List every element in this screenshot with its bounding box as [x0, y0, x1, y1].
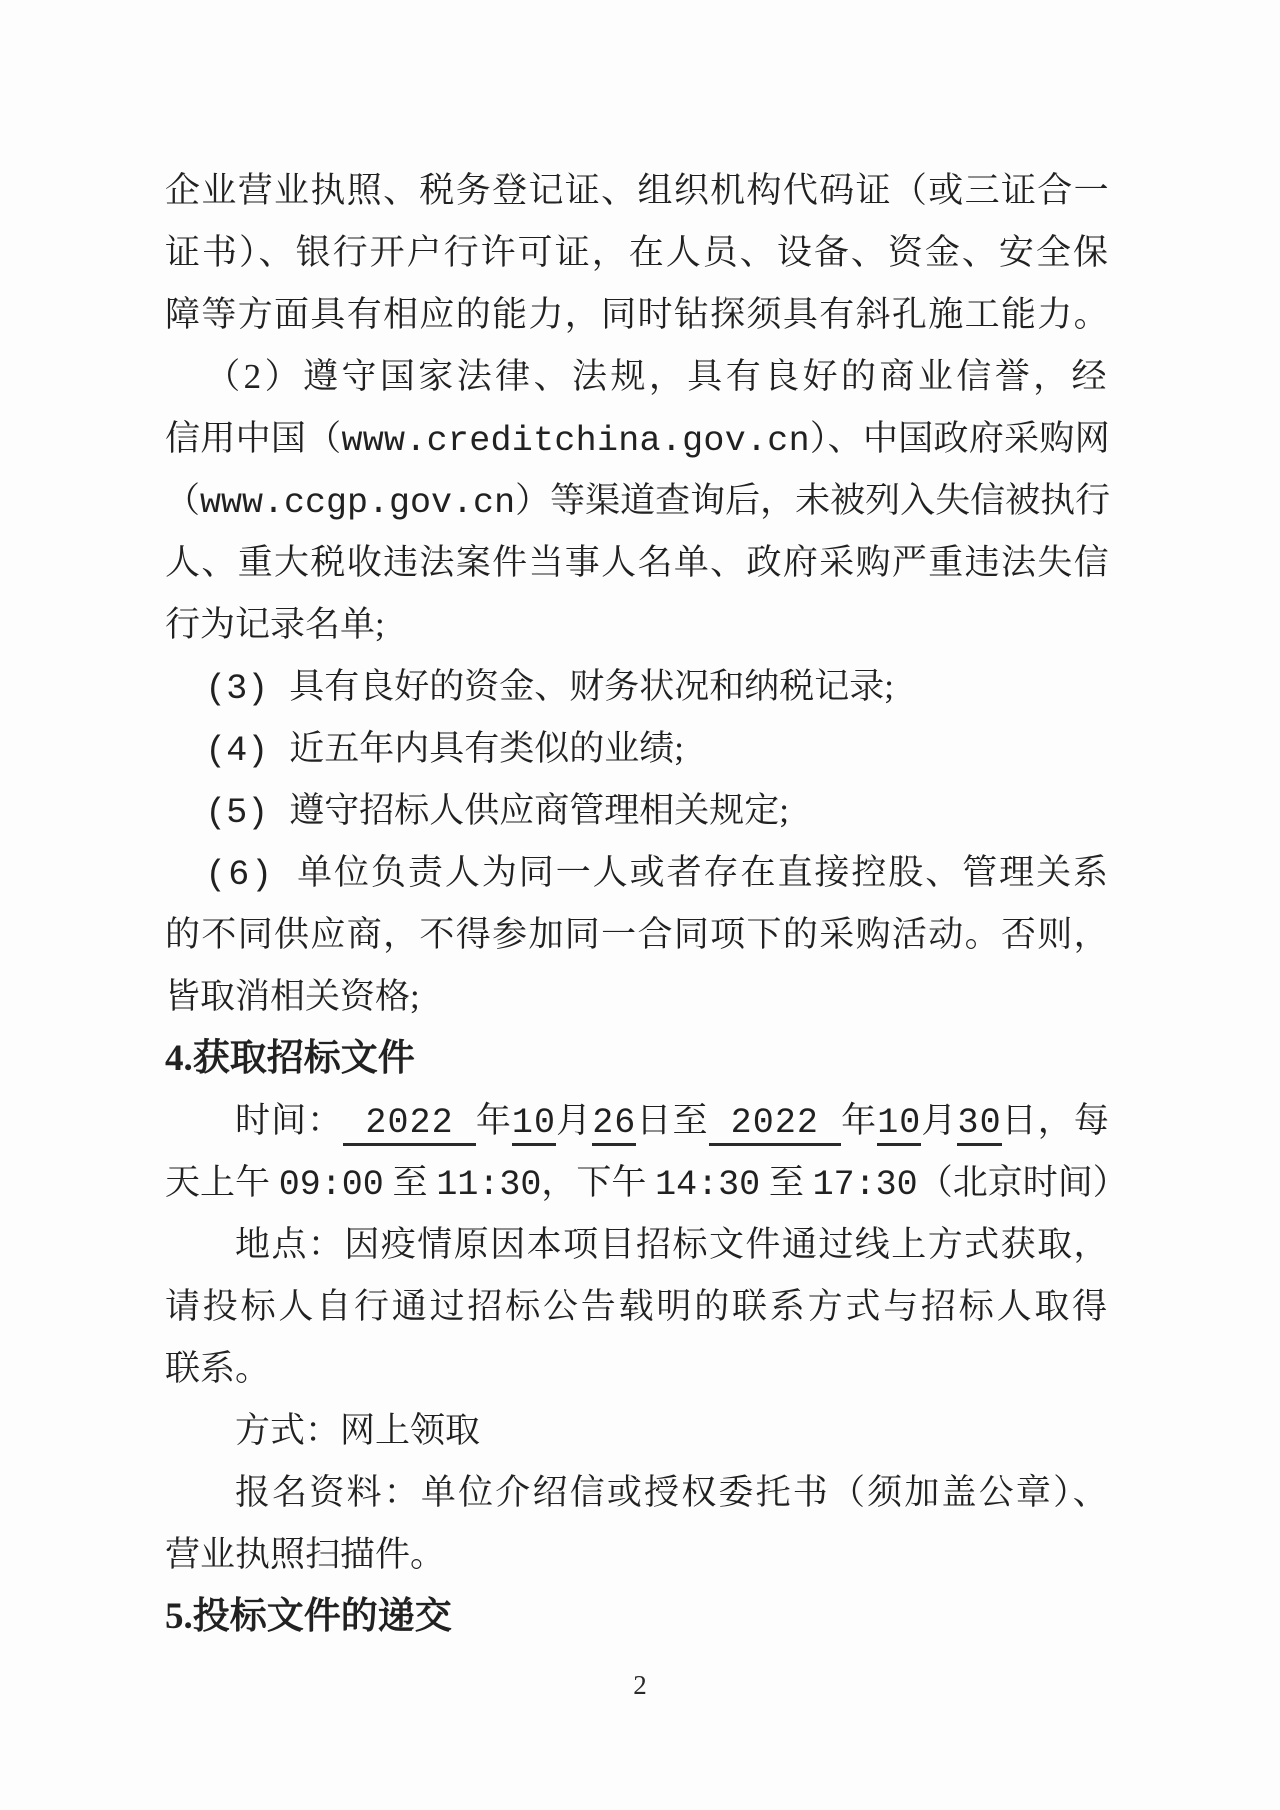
section-4-heading: 4.获取招标文件	[165, 1028, 1110, 1090]
text-segment: 09:00	[279, 1165, 384, 1205]
document-page: 企业营业执照、税务登记证、组织机构代码证（或三证合一证书）、银行开户行许可证，在…	[0, 0, 1280, 1810]
text-segment: 月	[556, 1101, 592, 1140]
text-segment: ，下午	[541, 1163, 655, 1202]
text-line: (6) 单位负责人为同一人或者存在直接控股、管理关系	[165, 842, 1110, 904]
text-line: 4.获取招标文件	[165, 1028, 1110, 1090]
text-line: 地点：因疫情原因本项目招标文件通过线上方式获取，	[165, 1214, 1110, 1276]
section-5-heading: 5.投标文件的递交	[165, 1586, 1110, 1648]
text-segment: 联系。	[165, 1349, 270, 1388]
text-segment: 5.投标文件的递交	[165, 1596, 452, 1637]
text-segment: 日，每	[1002, 1101, 1110, 1140]
text-segment: 行为记录名单;	[165, 605, 385, 644]
text-segment: 证书）、银行开户行许可证，在人员、设备、资金、安全保	[165, 233, 1110, 272]
text-segment: 天上午	[165, 1163, 279, 1202]
text-line: 联系。	[165, 1338, 1110, 1400]
text-segment: 17:30	[813, 1165, 918, 1205]
text-segment: (3)	[205, 669, 289, 709]
text-segment: 11:30	[436, 1165, 541, 1205]
text-segment: 人、重大税收违法案件当事人名单、政府采购严重违法失信	[165, 543, 1110, 582]
text-segment: （	[165, 481, 200, 520]
text-segment: (5)	[205, 793, 289, 833]
underlined-value: 2022	[709, 1103, 842, 1146]
text-segment: 近五年内具有类似的业绩;	[289, 729, 684, 768]
text-line: 信用中国（www.creditchina.gov.cn）、中国政府采购网	[165, 408, 1110, 470]
text-segment: 具有良好的资金、财务状况和纳税记录;	[289, 667, 894, 706]
text-segment: 遵守招标人供应商管理相关规定;	[289, 791, 789, 830]
underlined-value: 10	[512, 1103, 556, 1146]
text-segment: www.ccgp.gov.cn	[200, 483, 515, 523]
page-number: 2	[0, 1665, 1280, 1705]
text-segment: 至	[384, 1163, 437, 1202]
text-line: 行为记录名单;	[165, 594, 1110, 656]
text-line: 证书）、银行开户行许可证，在人员、设备、资金、安全保	[165, 222, 1110, 284]
text-line: 方式：网上领取	[165, 1400, 1110, 1462]
text-segment: 营业执照扫描件。	[165, 1535, 445, 1574]
text-line: （2）遵守国家法律、法规，具有良好的商业信誉，经	[165, 346, 1110, 408]
text-segment: www.creditchina.gov.cn	[341, 421, 809, 461]
requirement-item-5: (5) 遵守招标人供应商管理相关规定;	[165, 780, 1110, 842]
text-line: 人、重大税收违法案件当事人名单、政府采购严重违法失信	[165, 532, 1110, 594]
registration-materials: 报名资料：单位介绍信或授权委托书（须加盖公章）、营业执照扫描件。	[165, 1462, 1110, 1586]
text-segment: （北京时间）	[918, 1163, 1128, 1202]
text-segment: 年	[841, 1101, 877, 1140]
text-segment: 方式：网上领取	[235, 1411, 480, 1450]
obtain-location: 地点：因疫情原因本项目招标文件通过线上方式获取，请投标人自行通过招标公告载明的联…	[165, 1214, 1110, 1400]
text-segment: （2）遵守国家法律、法规，具有良好的商业信誉，经	[205, 357, 1110, 396]
obtain-time: 时间： 2022 年10月26日至 2022 年10月30日，每天上午 09:0…	[165, 1090, 1110, 1214]
document-body: 企业营业执照、税务登记证、组织机构代码证（或三证合一证书）、银行开户行许可证，在…	[165, 160, 1110, 1648]
text-line: （www.ccgp.gov.cn）等渠道查询后，未被列入失信被执行	[165, 470, 1110, 532]
text-line: (4) 近五年内具有类似的业绩;	[165, 718, 1110, 780]
text-line: 报名资料：单位介绍信或授权委托书（须加盖公章）、	[165, 1462, 1110, 1524]
underlined-value: 30	[957, 1103, 1001, 1146]
text-segment: 4.获取招标文件	[165, 1038, 415, 1079]
text-segment: 障等方面具有相应的能力，同时钻探须具有斜孔施工能力。	[165, 295, 1110, 334]
underlined-value: 2022	[343, 1103, 476, 1146]
text-segment: 地点：因疫情原因本项目招标文件通过线上方式获取，	[235, 1225, 1110, 1264]
text-segment: 月	[921, 1101, 957, 1140]
text-segment: 企业营业执照、税务登记证、组织机构代码证（或三证合一	[165, 171, 1110, 210]
requirement-item-2: （2）遵守国家法律、法规，具有良好的商业信誉，经信用中国（www.creditc…	[165, 346, 1110, 656]
text-line: 障等方面具有相应的能力，同时钻探须具有斜孔施工能力。	[165, 284, 1110, 346]
text-segment: 单位负责人为同一人或者存在直接控股、管理关系	[297, 853, 1110, 892]
text-segment: 请投标人自行通过招标公告载明的联系方式与招标人取得	[165, 1287, 1110, 1326]
underlined-value: 26	[592, 1103, 636, 1146]
text-line: 的不同供应商，不得参加同一合同项下的采购活动。否则，	[165, 904, 1110, 966]
text-segment: 皆取消相关资格;	[165, 977, 420, 1016]
requirement-item-3: (3) 具有良好的资金、财务状况和纳税记录;	[165, 656, 1110, 718]
text-line: 时间： 2022 年10月26日至 2022 年10月30日，每	[165, 1090, 1110, 1152]
text-line: 请投标人自行通过招标公告载明的联系方式与招标人取得	[165, 1276, 1110, 1338]
text-segment: 时间：	[235, 1101, 343, 1140]
text-segment: 14:30	[655, 1165, 760, 1205]
text-line: (3) 具有良好的资金、财务状况和纳税记录;	[165, 656, 1110, 718]
text-segment: 信用中国（	[165, 419, 341, 458]
text-segment: ）等渠道查询后，未被列入失信被执行	[515, 481, 1110, 520]
requirement-item-4: (4) 近五年内具有类似的业绩;	[165, 718, 1110, 780]
text-segment: ）、中国政府采购网	[810, 419, 1110, 458]
text-line: 皆取消相关资格;	[165, 966, 1110, 1028]
text-segment: (4)	[205, 731, 289, 771]
text-line: 营业执照扫描件。	[165, 1524, 1110, 1586]
qualification-requirements-continued: 企业营业执照、税务登记证、组织机构代码证（或三证合一证书）、银行开户行许可证，在…	[165, 160, 1110, 346]
text-segment: 至	[760, 1163, 813, 1202]
text-line: 5.投标文件的递交	[165, 1586, 1110, 1648]
text-line: (5) 遵守招标人供应商管理相关规定;	[165, 780, 1110, 842]
text-line: 企业营业执照、税务登记证、组织机构代码证（或三证合一	[165, 160, 1110, 222]
text-segment: 日至	[636, 1101, 708, 1140]
underlined-value: 10	[877, 1103, 921, 1146]
text-segment: (6)	[205, 855, 297, 895]
text-line: 天上午 09:00 至 11:30，下午 14:30 至 17:30（北京时间）	[165, 1152, 1110, 1214]
requirement-item-6: (6) 单位负责人为同一人或者存在直接控股、管理关系的不同供应商，不得参加同一合…	[165, 842, 1110, 1028]
obtain-method: 方式：网上领取	[165, 1400, 1110, 1462]
text-segment: 的不同供应商，不得参加同一合同项下的采购活动。否则，	[165, 915, 1110, 954]
text-segment: 报名资料：单位介绍信或授权委托书（须加盖公章）、	[235, 1473, 1110, 1512]
text-segment: 年	[476, 1101, 512, 1140]
